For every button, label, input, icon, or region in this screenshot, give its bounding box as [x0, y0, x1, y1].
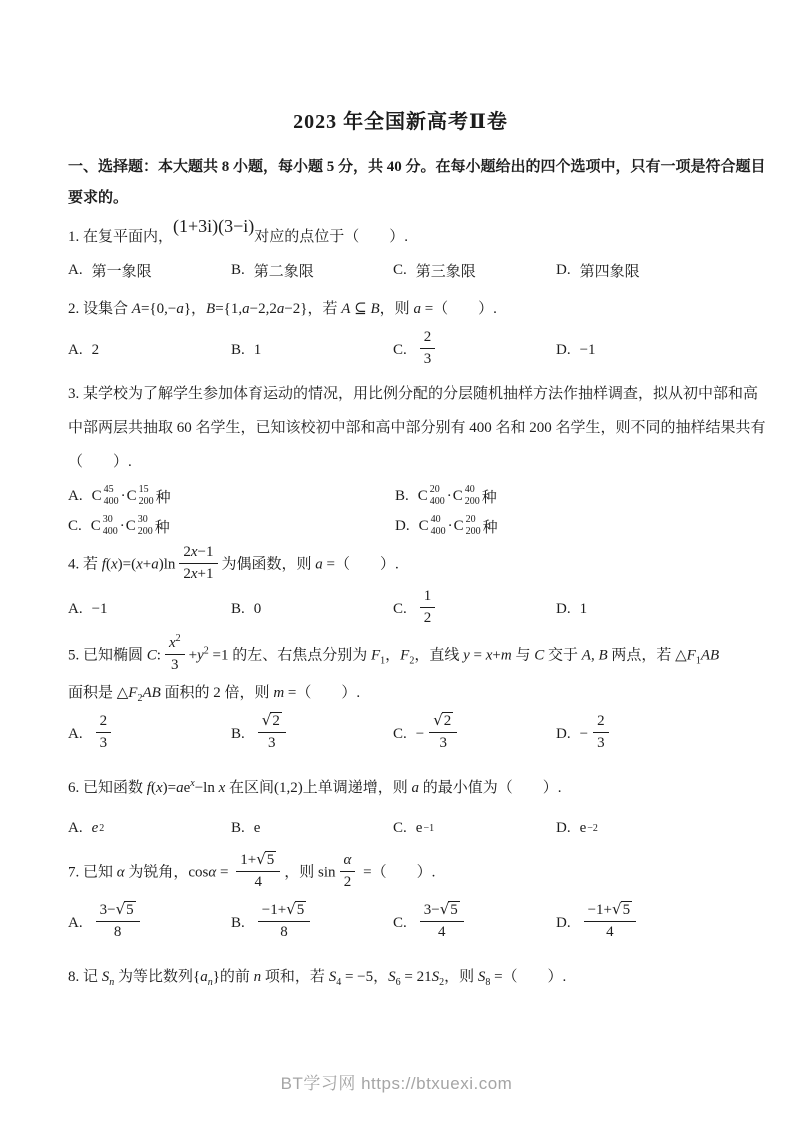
option-value: e−2 [580, 820, 598, 837]
text-run: ⊆ [350, 301, 370, 317]
square-root: √5 [612, 901, 632, 919]
question-3: 3. 某学校为了解学生参加体育运动的情况，用比例分配的分层随机抽样方法作抽样调查… [68, 377, 733, 539]
question-4-option-B: B.0 [231, 598, 393, 622]
text-run: 第三象限 [416, 260, 476, 281]
text-run: }的前 [213, 969, 254, 985]
option-value: 0 [254, 601, 262, 618]
text-run: · [447, 488, 452, 505]
question-7-stem: 7. 已知 α 为锐角，cosα = 1+√54，则 sinα2 =（ ）. [68, 853, 733, 894]
fraction-numerator: −1+√5 [258, 901, 310, 922]
math-variable: B [371, 301, 380, 317]
question-1-option-D: D.第四象限 [556, 258, 733, 282]
text-run: ={0,− [141, 301, 176, 317]
text-run: }， [184, 301, 206, 317]
question-2-option-B: B.1 [231, 339, 393, 363]
sup-sub-stack: 15200 [139, 484, 154, 508]
math-variable: α [344, 852, 352, 868]
question-list: 1. 在复平面内，(1+3i)(3−i)对应的点位于（ ）.A.第一象限B.第二… [68, 218, 733, 994]
text-run: ， [385, 648, 400, 664]
math-variable: A [132, 301, 141, 317]
math-variable: F [371, 648, 380, 664]
text-run: 4 [255, 874, 263, 890]
sup-sub-stack: 40200 [465, 484, 480, 508]
radicand: 2 [442, 712, 454, 730]
option-value: −1+√54 [580, 903, 640, 944]
text-run: 2 [344, 874, 352, 890]
text-run: C [126, 518, 136, 535]
question-6-stem: 6. 已知函数 f(x)=aex−ln x 在区间(1,2)上单调递增，则 a … [68, 771, 733, 805]
text-run: = −5， [341, 969, 388, 985]
text-run: 2 [92, 342, 100, 359]
fraction: 1+√54 [236, 851, 280, 892]
fraction: 3−√54 [420, 901, 464, 942]
text-run: 5. 已知椭圆 [68, 648, 147, 664]
option-value: 第四象限 [580, 260, 640, 281]
fraction: 23 [96, 712, 112, 753]
fraction: √23 [429, 712, 457, 753]
text-run: −2,2 [250, 301, 277, 317]
text-run: 中部两层共抽取 60 名学生，已知该校初中部和高中部分别有 400 名和 200… [68, 420, 766, 436]
text-run: 8 [280, 924, 288, 940]
text-run: 2 [424, 610, 432, 626]
option-label: A. [68, 915, 83, 932]
question-8-stem: 8. 记 Sn 为等比数列{an}的前 n 项和，若 S4 = −5，S6 = … [68, 960, 733, 994]
math-variable: x [111, 557, 118, 573]
text-run: 第二象限 [254, 260, 314, 281]
fraction: −1+√54 [584, 901, 636, 942]
text-run: 交于 [544, 648, 582, 664]
option-value: √23 [254, 714, 290, 755]
option-label: B. [231, 820, 245, 837]
question-1-option-B: B.第二象限 [231, 258, 393, 282]
math-variable: AB [142, 685, 160, 701]
question-6-option-C: C.e−1 [393, 817, 556, 841]
question-6-option-D: D.e−2 [556, 817, 733, 841]
question-3-options-row: A.C45400·C15200 种B.C20400·C40200 种 [68, 485, 733, 509]
text-run: −1 [198, 544, 214, 560]
option-value: C20400·C40200 种 [418, 485, 497, 509]
question-5-option-D: D.−23 [556, 714, 733, 755]
question-5-option-A: A.23 [68, 714, 231, 755]
text-run: 为等比数列{ [114, 969, 200, 985]
text-run: e [580, 820, 587, 837]
subscript: 400 [430, 496, 445, 508]
fraction: 12 [420, 587, 436, 628]
text-run: )ln [159, 557, 176, 573]
option-value: e−1 [416, 820, 434, 837]
option-value: 23 [416, 330, 440, 371]
fraction-numerator: 2 [420, 328, 436, 349]
text-run: 8. 记 [68, 969, 102, 985]
math-variable: C [534, 648, 544, 664]
math-variable: m [273, 685, 284, 701]
option-value: e2 [92, 820, 105, 837]
math-variable: a [315, 557, 323, 573]
option-label: D. [556, 726, 571, 743]
text-run: =（ ）. [323, 557, 399, 573]
superscript: 45 [104, 484, 114, 496]
text-run: =（ ）. [359, 865, 435, 881]
fraction: x23 [165, 634, 185, 675]
option-value: e [254, 820, 261, 837]
question-3-option-D: D.C40400·C20200 种 [395, 515, 733, 539]
fraction: α2 [340, 851, 356, 892]
option-value: C45400·C15200 种 [92, 485, 171, 509]
text-run: 1. 在复平面内， [68, 229, 173, 245]
question-5-option-C: C.−√23 [393, 714, 556, 755]
fraction-numerator: 1+√5 [236, 851, 280, 872]
option-value: −1 [580, 342, 596, 359]
fraction-denominator: 3 [96, 733, 112, 753]
question-4-stem: 4. 若 f(x)=(x+a)ln2x−12x+1为偶函数，则 a =（ ）. [68, 545, 733, 586]
text-run: 面积的 2 倍，则 [161, 685, 274, 701]
fraction-numerator: α [340, 851, 356, 872]
math-variable: B [598, 648, 607, 664]
superscript: 40 [431, 514, 441, 526]
question-2-stem: 2. 设集合 A={0,−a}，B={1,a−2,2a−2}，若 A ⊆ B，则… [68, 292, 733, 326]
text-run: C [92, 488, 102, 505]
text-run: 2 [183, 566, 191, 582]
question-4: 4. 若 f(x)=(x+a)ln2x−12x+1为偶函数，则 a =（ ）.A… [68, 545, 733, 630]
text-run: 5 [267, 852, 275, 868]
text-run: −2}，若 [284, 301, 341, 317]
option-value: 第一象限 [92, 260, 152, 281]
question-4-option-D: D.1 [556, 598, 733, 622]
option-label: A. [68, 488, 83, 505]
text-run: 种 [156, 486, 171, 507]
superscript: 20 [466, 514, 476, 526]
math-variable: a [176, 780, 184, 796]
text-run: · [121, 488, 126, 505]
text-run: =（ ）. [421, 301, 497, 317]
option-label: D. [556, 601, 571, 618]
text-run: + [143, 557, 151, 573]
superscript: 15 [139, 484, 149, 496]
question-6-option-A: A.e2 [68, 817, 231, 841]
text-run: 2 [597, 713, 605, 729]
math-variable: a [413, 301, 421, 317]
radicand: 5 [265, 851, 277, 869]
text-run: 3− [424, 902, 440, 918]
text-run: 的最小值为（ ）. [419, 780, 562, 796]
math-variable: AB [701, 648, 719, 664]
text-run: 5 [450, 902, 458, 918]
question-5: 5. 已知椭圆 C:x23+y2 =1 的左、右焦点分别为 F1，F2，直线 y… [68, 636, 733, 755]
radicand: 2 [270, 712, 282, 730]
text-run: =1 的左、右焦点分别为 [209, 648, 371, 664]
superscript: −1 [423, 824, 434, 834]
text-run: e [254, 820, 261, 837]
fraction-denominator: 3 [264, 733, 280, 753]
option-label: D. [395, 518, 410, 535]
question-7-option-D: D.−1+√54 [556, 903, 733, 944]
page-title: 2023 年全国新高考Ⅱ卷 [68, 105, 733, 134]
question-6: 6. 已知函数 f(x)=aex−ln x 在区间(1,2)上单调递增，则 a … [68, 771, 733, 841]
math-variable: S [432, 969, 440, 985]
math-variable: S [388, 969, 396, 985]
fraction-denominator: 4 [602, 922, 618, 942]
fraction-denominator: 8 [110, 922, 126, 942]
question-5-option-B: B.√23 [231, 714, 393, 755]
text-run: 种 [155, 516, 170, 537]
text-run: C [91, 518, 101, 535]
section-intro: 一、选择题：本大题共 8 小题，每小题 5 分，共 40 分。在每小题给出的四个… [68, 152, 733, 214]
text-run: −1+ [588, 902, 612, 918]
question-2-option-D: D.−1 [556, 339, 733, 363]
option-label: A. [68, 601, 83, 618]
text-run: 1+ [240, 852, 256, 868]
question-3-option-C: C.C30400·C30200 种 [68, 515, 395, 539]
math-variable: B [206, 301, 215, 317]
text-run: 在区间(1,2)上单调递增，则 [225, 780, 411, 796]
math-variable: a [200, 969, 208, 985]
text-run: C [127, 488, 137, 505]
option-value: C40400·C20200 种 [419, 515, 498, 539]
math-variable: C [147, 648, 157, 664]
subscript: 400 [103, 526, 118, 538]
square-root: √5 [256, 851, 276, 869]
text-run: 3 [440, 735, 448, 751]
option-value: 23 [92, 714, 116, 755]
option-value: 1 [580, 601, 588, 618]
fraction-denominator: 4 [434, 922, 450, 942]
option-value: 2 [92, 342, 100, 359]
superscript: 2 [99, 824, 104, 834]
sup-sub-stack: 30200 [138, 514, 153, 538]
question-2-option-A: A.2 [68, 339, 231, 363]
option-label: A. [68, 342, 83, 359]
text-run: 3 [100, 735, 108, 751]
option-value: 3−√54 [416, 903, 468, 944]
text-run: 为锐角，cos [125, 865, 209, 881]
text-run: 1 [424, 588, 432, 604]
sup-sub-stack: 20200 [466, 514, 481, 538]
text-run: )=( [118, 557, 136, 573]
subscript: 200 [466, 526, 481, 538]
fraction-numerator: √2 [258, 712, 286, 733]
option-label: C. [68, 518, 82, 535]
question-7-option-A: A.3−√58 [68, 903, 231, 944]
square-root: √5 [116, 901, 136, 919]
option-label: A. [68, 262, 83, 279]
question-7-option-C: C.3−√54 [393, 903, 556, 944]
text-run: C [453, 488, 463, 505]
text-run: 2 [183, 544, 191, 560]
question-8: 8. 记 Sn 为等比数列{an}的前 n 项和，若 S4 = −5，S6 = … [68, 960, 733, 994]
section-intro-line2: 要求的。 [68, 183, 733, 214]
text-run: 第四象限 [580, 260, 640, 281]
fraction-denominator: 3 [593, 733, 609, 753]
option-label: D. [556, 915, 571, 932]
text-run: = [216, 865, 232, 881]
fraction-numerator: 1 [420, 587, 436, 608]
option-label: C. [393, 915, 407, 932]
text-run: 2 [444, 713, 452, 729]
text-run: 项和，若 [261, 969, 329, 985]
superscript: 40 [465, 484, 475, 496]
text-run: 2 [272, 713, 280, 729]
text-run: ，直线 [414, 648, 463, 664]
text-run: −1+ [262, 902, 286, 918]
question-1-option-A: A.第一象限 [68, 258, 231, 282]
text-run: 面积是 △ [68, 685, 128, 701]
question-2: 2. 设集合 A={0,−a}，B={1,a−2,2a−2}，若 A ⊆ B，则… [68, 292, 733, 371]
question-1-options-row: A.第一象限B.第二象限C.第三象限D.第四象限 [68, 258, 733, 282]
square-root: √2 [262, 712, 282, 730]
fraction-numerator: 3−√5 [96, 901, 140, 922]
text-run: =（ ）. [490, 969, 566, 985]
text-run: 3 [268, 735, 276, 751]
option-label: B. [231, 601, 245, 618]
superscript: 30 [138, 514, 148, 526]
option-label: D. [556, 342, 571, 359]
fraction-numerator: −1+√5 [584, 901, 636, 922]
fraction-denominator: 2 [340, 872, 356, 892]
option-value: −1+√58 [254, 903, 314, 944]
option-label: C. [393, 726, 407, 743]
text-run: = [470, 648, 486, 664]
text-run: =（ ）. [284, 685, 360, 701]
fraction: 2x−12x+1 [179, 543, 217, 584]
math-variable: x [136, 557, 143, 573]
fraction-denominator: 3 [436, 733, 452, 753]
text-run: 2. 设集合 [68, 301, 132, 317]
math-variable: y [197, 648, 204, 664]
square-root: √5 [440, 901, 460, 919]
question-7-option-B: B.−1+√58 [231, 903, 393, 944]
math-variable: A [582, 648, 591, 664]
fraction: −1+√58 [258, 901, 310, 942]
text-run: 3 [597, 735, 605, 751]
option-label: C. [393, 262, 407, 279]
text-run: − [416, 726, 424, 743]
text-run: + [492, 648, 500, 664]
option-label: B. [395, 488, 409, 505]
text-run: ，则 [380, 301, 414, 317]
sup-sub-stack: 20400 [430, 484, 445, 508]
math-variable: y [463, 648, 470, 664]
option-value: −√23 [416, 714, 462, 755]
text-run: 两点，若 △ [608, 648, 687, 664]
text-run: 6. 已知函数 [68, 780, 147, 796]
option-label: D. [556, 262, 571, 279]
text-run: −ln [195, 780, 219, 796]
option-value: C30400·C30200 种 [91, 515, 170, 539]
text-run: 5 [297, 902, 305, 918]
option-label: C. [393, 820, 407, 837]
text-run: 3 [424, 351, 432, 367]
text-run: 5 [623, 902, 631, 918]
fraction-numerator: 3−√5 [420, 901, 464, 922]
text-run: 1 [254, 342, 262, 359]
question-2-options-row: A.2B.1C.23D.−1 [68, 330, 733, 371]
math-variable: α [117, 865, 125, 881]
subscript: 200 [138, 526, 153, 538]
option-label: B. [231, 342, 245, 359]
superscript: −2 [587, 824, 598, 834]
text-run: + [189, 648, 197, 664]
option-label: C. [393, 342, 407, 359]
text-run: 3 [171, 657, 179, 673]
text-run: 为偶函数，则 [222, 557, 316, 573]
option-label: B. [231, 726, 245, 743]
option-label: B. [231, 262, 245, 279]
question-3-stem: 3. 某学校为了解学生参加体育运动的情况，用比例分配的分层随机抽样方法作抽样调查… [68, 377, 733, 479]
text-run: 7. 已知 [68, 865, 117, 881]
fraction-numerator: 2 [96, 712, 112, 733]
math-variable: a [176, 301, 184, 317]
option-label: A. [68, 820, 83, 837]
fraction-numerator: x2 [165, 634, 185, 655]
option-label: D. [556, 820, 571, 837]
superscript: 30 [103, 514, 113, 526]
text-run: ={1, [215, 301, 242, 317]
radicand: 5 [124, 901, 136, 919]
fraction-numerator: √2 [429, 712, 457, 733]
text-run: 8 [114, 924, 122, 940]
text-run: 4 [606, 924, 614, 940]
option-value: 第二象限 [254, 260, 314, 281]
fraction-denominator: 4 [251, 872, 267, 892]
question-6-option-B: B.e [231, 817, 393, 841]
question-4-options-row: A.−1B.0C.12D.1 [68, 589, 733, 630]
text-run: C [419, 518, 429, 535]
math-variable: a [242, 301, 250, 317]
math-variable: F [400, 648, 409, 664]
option-value: 1 [254, 342, 262, 359]
text-run: C [454, 518, 464, 535]
fraction-denominator: 2 [420, 608, 436, 628]
question-3-options-row: C.C30400·C30200 种D.C40400·C20200 种 [68, 515, 733, 539]
question-5-stem: 5. 已知椭圆 C:x23+y2 =1 的左、右焦点分别为 F1，F2，直线 y… [68, 636, 733, 711]
inline-formula: (1+3i)(3−i) [173, 216, 254, 236]
text-run: 0 [254, 601, 262, 618]
text-run: 2 [100, 713, 108, 729]
text-run: 3− [100, 902, 116, 918]
math-variable: x [156, 780, 163, 796]
option-label: A. [68, 726, 83, 743]
square-root: √5 [286, 901, 306, 919]
text-run: 对应的点位于（ ）. [254, 229, 408, 245]
question-7-options-row: A.3−√58B.−1+√58C.3−√54D.−1+√54 [68, 903, 733, 944]
text-run: ，则 [444, 969, 478, 985]
text-run: e [416, 820, 423, 837]
text-run: C [418, 488, 428, 505]
fraction-numerator: 2 [593, 712, 609, 733]
text-run: ，则 sin [284, 865, 335, 881]
radicand: 5 [295, 901, 307, 919]
question-7: 7. 已知 α 为锐角，cosα = 1+√54，则 sinα2 =（ ）.A.… [68, 853, 733, 944]
text-run: · [120, 518, 125, 535]
option-label: C. [393, 601, 407, 618]
question-3-option-B: B.C20400·C40200 种 [395, 485, 733, 509]
sup-sub-stack: 45400 [104, 484, 119, 508]
fraction-denominator: 3 [420, 349, 436, 369]
fraction: 23 [420, 328, 436, 369]
text-run: 4 [438, 924, 446, 940]
text-run: = 21 [401, 969, 432, 985]
math-variable: a [412, 780, 420, 796]
text-run: （ ）. [68, 454, 132, 470]
subscript: 200 [465, 496, 480, 508]
math-variable: m [501, 648, 512, 664]
text-run: 1 [580, 601, 588, 618]
question-4-option-A: A.−1 [68, 598, 231, 622]
superscript: 20 [430, 484, 440, 496]
exam-page: 2023 年全国新高考Ⅱ卷 一、选择题：本大题共 8 小题，每小题 5 分，共 … [0, 0, 793, 1122]
sup-sub-stack: 30400 [103, 514, 118, 538]
text-run: 4. 若 [68, 557, 102, 573]
